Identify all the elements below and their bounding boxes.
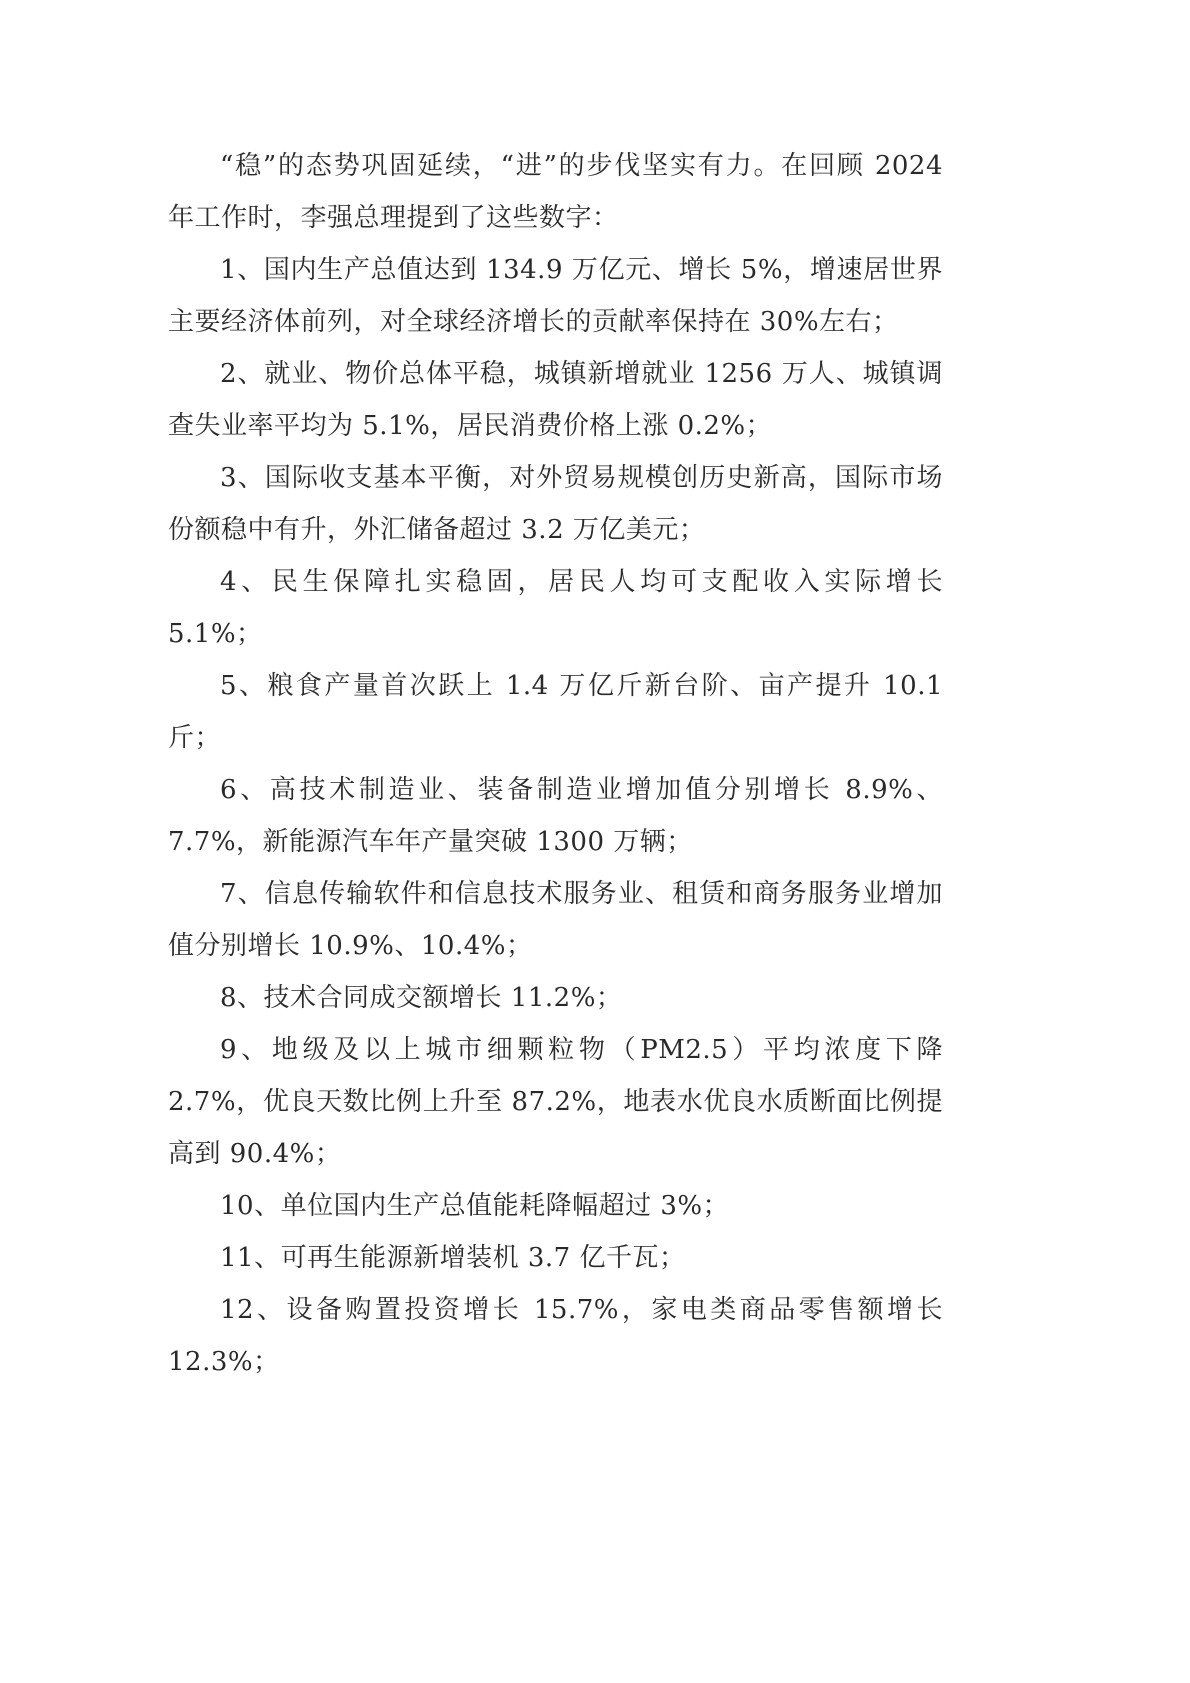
list-item: 8、技术合同成交额增长 11.2%； [168,972,943,1024]
list-item: 4、民生保障扎实稳固，居民人均可支配收入实际增长 5.1%； [168,556,943,660]
document-page: “稳”的态势巩固延续，“进”的步伐坚实有力。在回顾 2024 年工作时，李强总理… [168,140,943,1388]
list-item: 11、可再生能源新增装机 3.7 亿千瓦； [168,1232,943,1284]
list-item: 12、设备购置投资增长 15.7%，家电类商品零售额增长 12.3%； [168,1284,943,1388]
list-item: 6、高技术制造业、装备制造业增加值分别增长 8.9%、7.7%，新能源汽车年产量… [168,764,943,868]
list-item: 2、就业、物价总体平稳，城镇新增就业 1256 万人、城镇调查失业率平均为 5.… [168,348,943,452]
list-item: 9、地级及以上城市细颗粒物（PM2.5）平均浓度下降 2.7%，优良天数比例上升… [168,1024,943,1180]
list-item: 1、国内生产总值达到 134.9 万亿元、增长 5%，增速居世界主要经济体前列，… [168,244,943,348]
list-item: 5、粮食产量首次跃上 1.4 万亿斤新台阶、亩产提升 10.1 斤； [168,660,943,764]
list-item: 7、信息传输软件和信息技术服务业、租赁和商务服务业增加值分别增长 10.9%、1… [168,868,943,972]
list-item: 3、国际收支基本平衡，对外贸易规模创历史新高，国际市场份额稳中有升，外汇储备超过… [168,452,943,556]
list-item: 10、单位国内生产总值能耗降幅超过 3%； [168,1180,943,1232]
intro-paragraph: “稳”的态势巩固延续，“进”的步伐坚实有力。在回顾 2024 年工作时，李强总理… [168,140,943,244]
